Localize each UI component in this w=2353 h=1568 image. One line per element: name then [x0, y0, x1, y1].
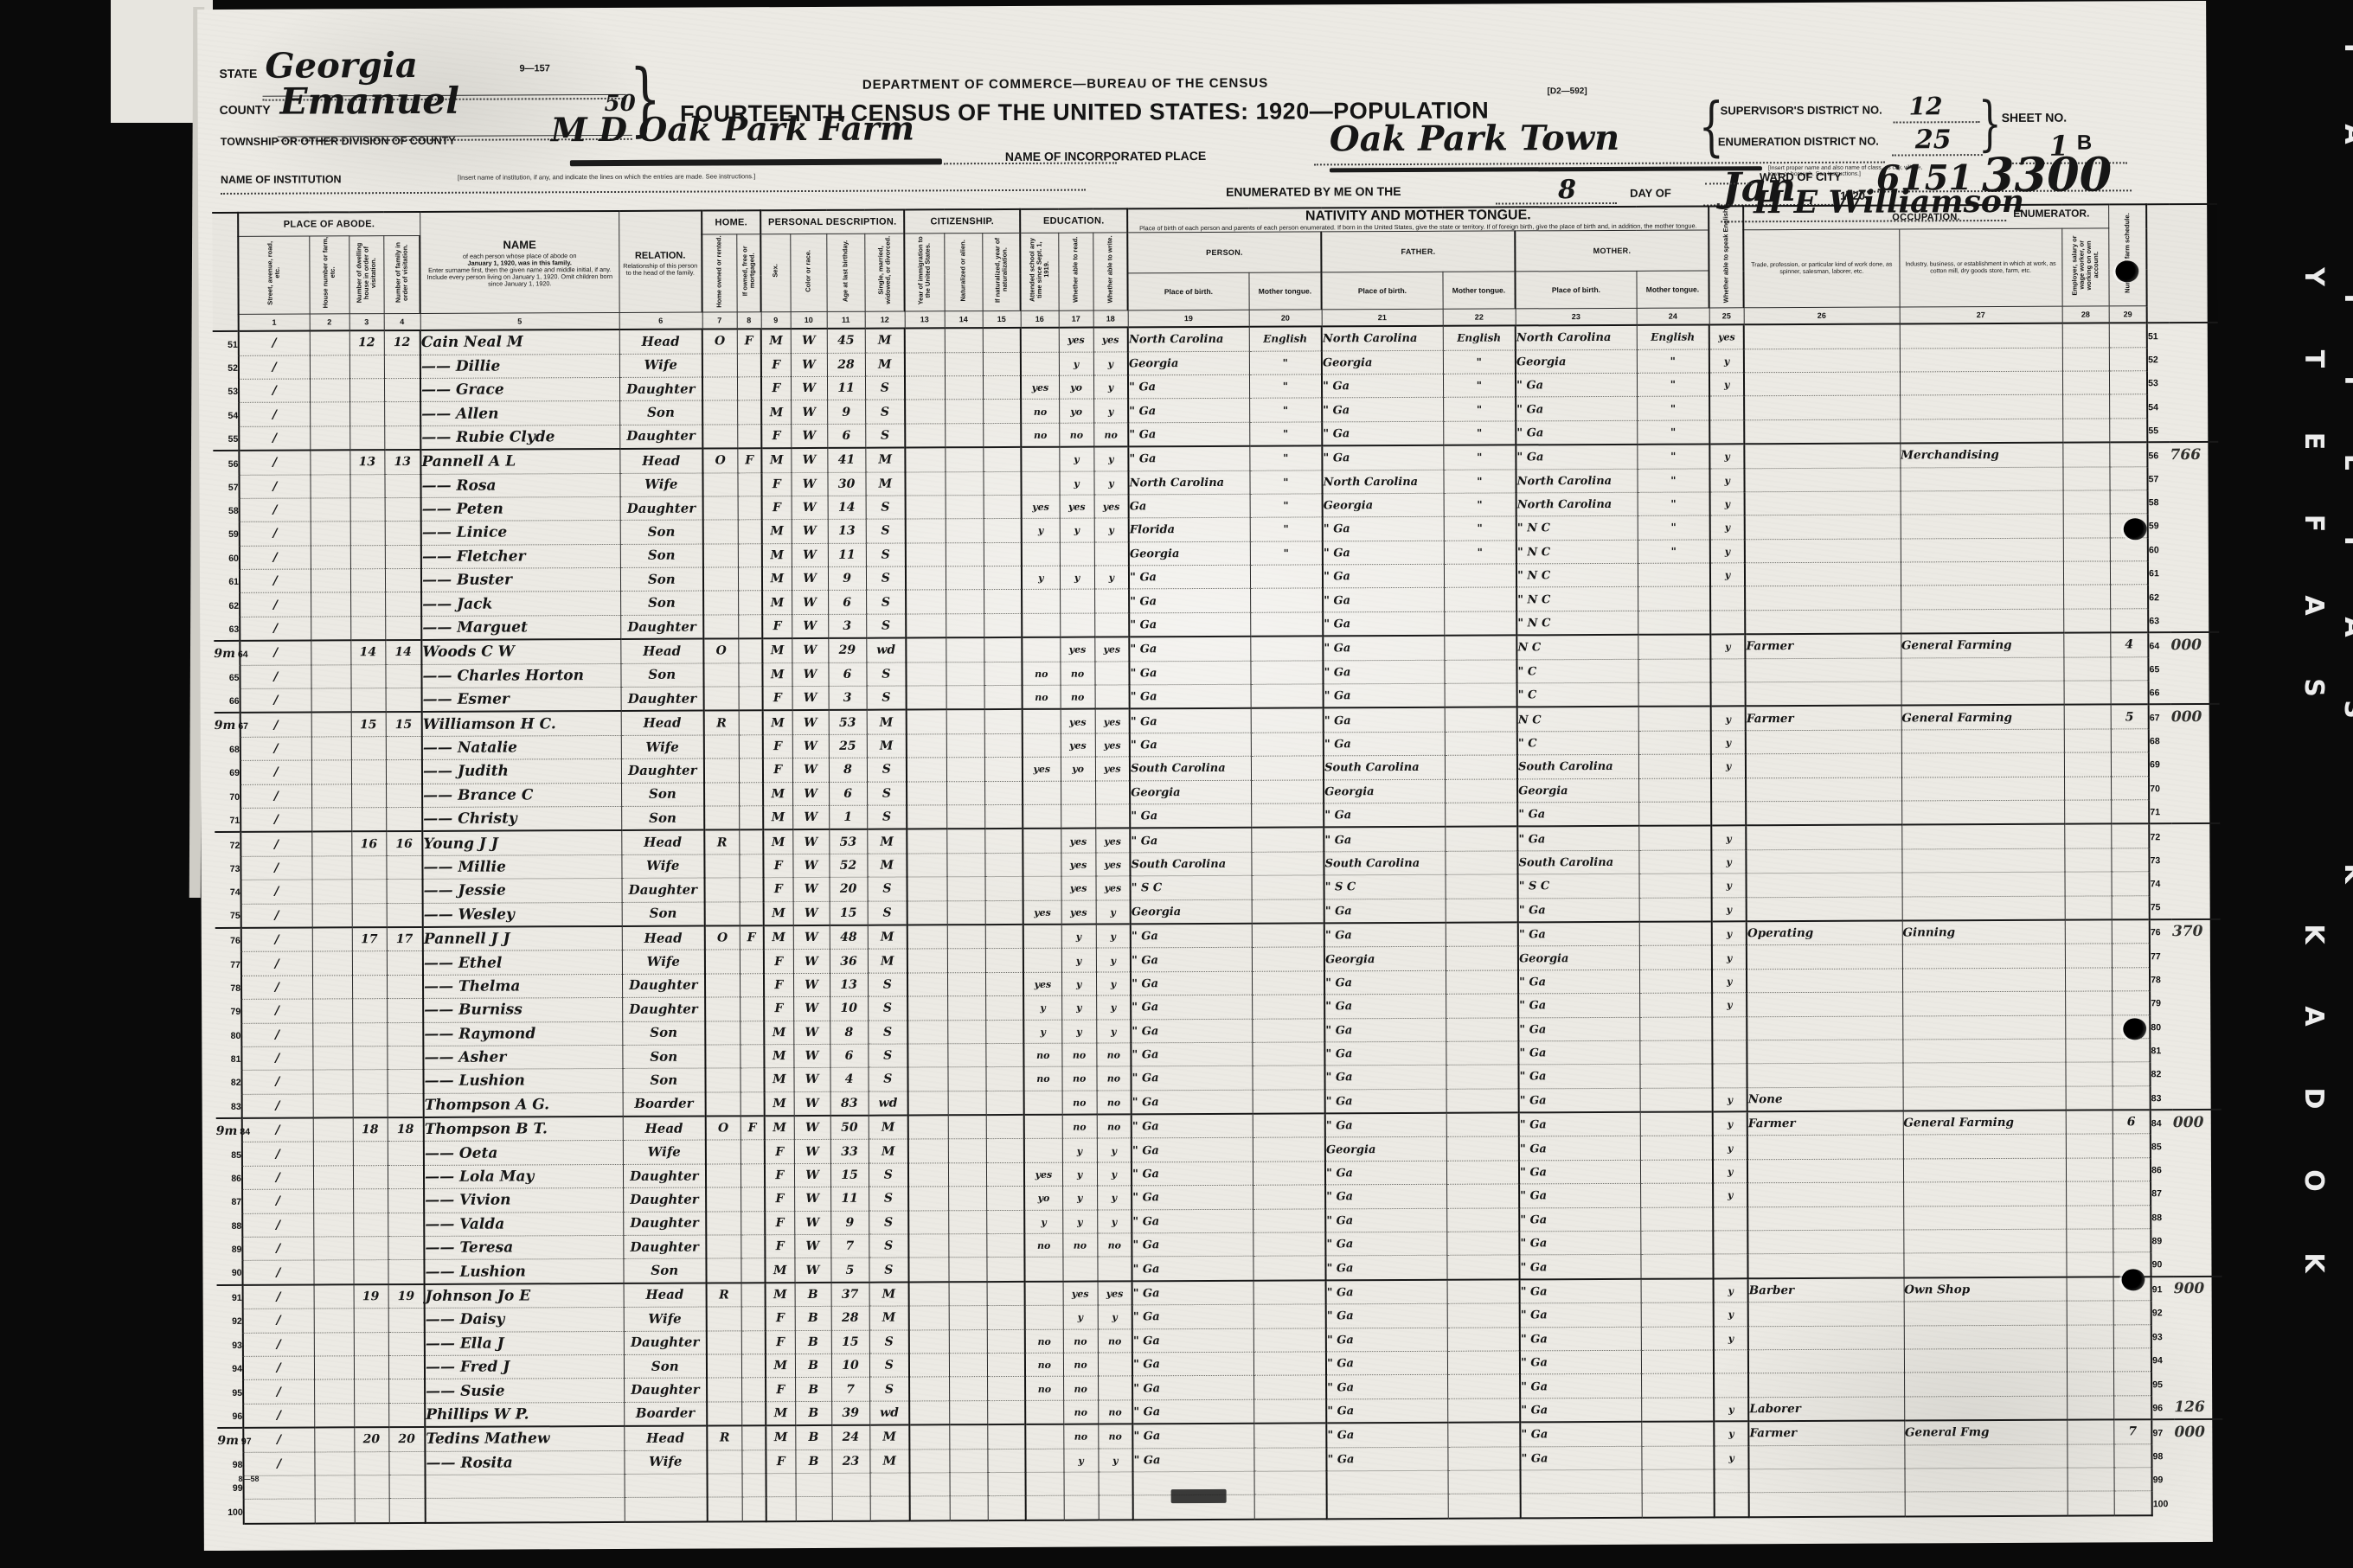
- industry: [1904, 1301, 2067, 1325]
- able-to-read: [1060, 590, 1094, 614]
- speaks-english-label: Whether able to speak English.: [1722, 208, 1730, 304]
- birthplace-father: South Carolina: [1324, 755, 1445, 779]
- relation: Head: [619, 449, 702, 473]
- age: 1: [829, 805, 867, 829]
- row-number-right: 71: [2149, 800, 2171, 824]
- race: [796, 1473, 832, 1497]
- birthplace-mother: " Ga: [1519, 1088, 1640, 1113]
- tick-mark: /: [243, 1284, 314, 1309]
- occupation: [1747, 1063, 1903, 1087]
- attended-school: no: [1025, 1377, 1063, 1401]
- margin-annotation: [2172, 1014, 2221, 1039]
- name: —— Lushion: [424, 1259, 623, 1284]
- able-to-write: no: [1096, 1043, 1131, 1067]
- name: Thompson B T.: [424, 1117, 623, 1142]
- race: W: [794, 1234, 830, 1258]
- age: 8: [830, 1021, 868, 1045]
- institution-note: [Insert name of institution, if any, and…: [458, 171, 942, 181]
- group-mother: MOTHER.: [1515, 230, 1709, 272]
- tongue-father: [1447, 1327, 1520, 1351]
- sex: F: [763, 734, 792, 758]
- immigration-year: [905, 376, 945, 400]
- margin-annotation: [2173, 1205, 2222, 1229]
- speaks-english: y: [1711, 707, 1746, 731]
- column-number: 28: [2062, 306, 2109, 323]
- tongue-mother: [1638, 707, 1711, 731]
- tongue-father: [1446, 874, 1518, 899]
- naturalization-year: [985, 972, 1023, 996]
- naturalization-year: [987, 1282, 1025, 1306]
- able-to-read: no: [1062, 1091, 1097, 1115]
- margin-annotation: 000: [2171, 704, 2220, 728]
- relation: Daughter: [619, 425, 702, 449]
- speaks-english: [1713, 1064, 1747, 1088]
- birthplace-person: " Ga: [1131, 995, 1252, 1019]
- immigration-year: [907, 686, 946, 710]
- row-number-left: 61: [214, 569, 240, 593]
- birthplace-father: " Ga: [1325, 1113, 1446, 1138]
- tongue-person: English: [1249, 327, 1322, 351]
- able-to-write: y: [1094, 470, 1129, 495]
- naturalized: [948, 1258, 986, 1282]
- sex: F: [762, 614, 792, 638]
- industry: [1902, 991, 2065, 1015]
- margin-annotation: [2170, 585, 2219, 609]
- house-number: [311, 641, 350, 665]
- col-naturalization-year: If naturalized, year of naturalization.: [982, 234, 1020, 311]
- naturalized: [946, 781, 984, 805]
- occupation: [1747, 849, 1902, 874]
- naturalization-year: [984, 519, 1022, 543]
- age: 14: [828, 496, 866, 520]
- marital-status: S: [866, 519, 906, 543]
- department-line: DEPARTMENT OF COMMERCE—BUREAU OF THE CEN…: [671, 75, 1459, 93]
- family-number: [384, 402, 420, 426]
- margin-annotation: [2170, 418, 2218, 442]
- birthplace-father: Georgia: [1323, 493, 1444, 517]
- column-number: 13: [905, 311, 945, 329]
- attended-school: [1021, 352, 1059, 376]
- age: 7: [830, 1234, 869, 1258]
- birthplace-father: " Ga: [1325, 1185, 1446, 1209]
- family-number: [389, 1499, 426, 1523]
- naturalized-label: Naturalized or alien.: [959, 240, 967, 301]
- naturalization-year: [985, 949, 1023, 973]
- form-number: 9—157: [519, 63, 550, 74]
- family-number: [388, 1236, 424, 1260]
- dwelling-number: [353, 1213, 388, 1237]
- occupation: [1746, 658, 1901, 682]
- able-to-read: [1064, 1495, 1099, 1520]
- speaks-english: [1713, 1231, 1747, 1255]
- name: —— Ella J: [425, 1331, 624, 1355]
- birthplace-father: " Ga: [1323, 517, 1444, 541]
- farm-schedule: [2113, 1181, 2151, 1206]
- tongue-person: [1250, 588, 1323, 612]
- birthplace-mother: " Ga: [1520, 1302, 1641, 1327]
- farm-schedule: [2111, 729, 2149, 753]
- naturalized: [946, 590, 984, 614]
- birthplace-mother: Georgia: [1518, 946, 1639, 970]
- name: Woods C W: [421, 639, 620, 664]
- margin-annotation: [2172, 944, 2221, 968]
- row-number-right: 66: [2149, 681, 2171, 705]
- able-to-write: y: [1097, 1186, 1132, 1210]
- home-owned: [704, 782, 739, 806]
- tongue-father: [1446, 946, 1518, 970]
- house-number: [310, 474, 349, 498]
- speaks-english: y: [1710, 635, 1745, 659]
- marital-status: [870, 1496, 910, 1520]
- name: —— Esmer: [422, 687, 621, 712]
- tongue-person: [1250, 612, 1323, 637]
- margin-annotation: [2170, 370, 2218, 394]
- occupation: [1748, 1349, 1904, 1373]
- tongue-father: ": [1443, 445, 1516, 470]
- home-owned: [704, 854, 739, 879]
- occupation-label: Trade, profession, or particular kind of…: [1745, 261, 1900, 275]
- tick-mark: /: [240, 641, 311, 665]
- attended-school: [1022, 590, 1060, 614]
- birthplace-mother: North Carolina: [1516, 492, 1638, 516]
- able-to-write: no: [1097, 1114, 1132, 1138]
- employer-class: [2063, 490, 2110, 515]
- race: W: [792, 854, 829, 878]
- home-owned: [706, 1140, 741, 1164]
- birthplace-father: " Ga: [1324, 707, 1445, 733]
- row-number-right: 70: [2149, 776, 2171, 800]
- employer-class: [2062, 394, 2109, 419]
- dwelling-number: [352, 1046, 387, 1071]
- row-number-right: 54: [2147, 394, 2170, 419]
- col-sex: Sex.: [760, 234, 790, 312]
- row-number-right: 58: [2148, 490, 2170, 515]
- birthplace-mother: " Ga: [1520, 1374, 1641, 1398]
- col-owned: Home owned or rented.: [702, 234, 736, 312]
- relation: Daughter: [621, 758, 704, 783]
- row-number-right: 72: [2149, 824, 2171, 848]
- industry: [1901, 681, 2064, 706]
- column-number: 29: [2109, 306, 2147, 323]
- family-number: [385, 522, 421, 546]
- sex: F: [765, 1211, 794, 1235]
- tongue-person: [1250, 565, 1323, 589]
- marital-status: S: [869, 1067, 908, 1091]
- row-number-right: 91: [2151, 1277, 2174, 1301]
- tongue-father: [1446, 1161, 1519, 1185]
- race: B: [795, 1425, 831, 1450]
- immigration-year: [908, 1163, 948, 1187]
- tick-mark: /: [240, 832, 311, 856]
- birthplace-person: South Carolina: [1131, 852, 1252, 876]
- speaks-english: y: [1712, 969, 1747, 993]
- family-number: [388, 1142, 424, 1166]
- birthplace-mother: " Ga: [1520, 1327, 1641, 1351]
- immigration-year: [907, 710, 946, 734]
- row-number-left: 82: [215, 1071, 241, 1095]
- relation: Son: [619, 400, 702, 425]
- birthplace-father: " Ga: [1323, 541, 1444, 565]
- doc-code: [D2—592]: [1548, 86, 1587, 96]
- birthplace-person: " Ga: [1129, 637, 1250, 662]
- home-mortgage: [741, 1425, 766, 1450]
- home-owned: [707, 1330, 741, 1354]
- naturalization-year: [984, 637, 1022, 662]
- tongue-mother: [1641, 1278, 1714, 1302]
- occupation: [1747, 992, 1902, 1016]
- sheet-label: SHEET NO.: [2002, 111, 2068, 125]
- farm-schedule: [2113, 1348, 2151, 1373]
- tongue-father: [1447, 1423, 1520, 1447]
- margin-annotation: [2172, 895, 2221, 919]
- industry-label: Industry, business, or establishment in …: [1900, 261, 2061, 275]
- birthplace-mother: N C: [1517, 707, 1638, 732]
- able-to-write: no: [1098, 1400, 1132, 1424]
- industry: [1901, 824, 2064, 849]
- tongue-person: [1254, 1494, 1327, 1519]
- relation: Son: [622, 1021, 705, 1046]
- industry: [1900, 419, 2062, 444]
- row-number-left: 92: [217, 1309, 243, 1334]
- employer-class: [2067, 1277, 2113, 1301]
- race: W: [791, 424, 827, 448]
- dwelling-number: [351, 784, 386, 808]
- father-tongue-label: Mother tongue.: [1443, 272, 1516, 309]
- relation: Son: [620, 663, 703, 688]
- speaks-english: y: [1715, 1445, 1749, 1469]
- naturalization-year: [984, 853, 1023, 877]
- home-mortgage: [739, 711, 763, 735]
- speaks-english: [1714, 1373, 1748, 1398]
- dwelling-number: [349, 379, 384, 403]
- tongue-mother: ": [1638, 515, 1710, 540]
- marital-status: M: [866, 472, 906, 496]
- family-number: [385, 592, 421, 617]
- farm-schedule: [2110, 609, 2148, 633]
- dwelling-number: 19: [354, 1284, 388, 1309]
- naturalization-year: [987, 1329, 1025, 1354]
- immigration-year: [909, 1354, 949, 1378]
- attended-school: [1023, 876, 1061, 900]
- tongue-person: [1253, 1066, 1325, 1090]
- farm-schedule: [2113, 1085, 2151, 1110]
- speaks-english: yes: [1709, 324, 1744, 349]
- race: W: [793, 878, 830, 902]
- tongue-mother: [1641, 1350, 1714, 1374]
- name: [426, 1498, 625, 1523]
- home-owned: [705, 950, 740, 974]
- tongue-person: [1253, 1280, 1326, 1304]
- occupation: [1747, 897, 1902, 922]
- home-owned: [708, 1497, 742, 1521]
- col-mortgage: If owned, free or mortgaged.: [736, 234, 760, 312]
- name: —— Rosita: [425, 1450, 624, 1475]
- naturalized: [949, 1400, 987, 1424]
- film-letter: F: [2294, 506, 2329, 541]
- naturalized: [947, 1020, 985, 1044]
- row-number-left: 75: [215, 904, 241, 928]
- row-number-left: 62: [214, 593, 240, 618]
- row-number-right: 60: [2148, 537, 2170, 561]
- farm-schedule: [2112, 848, 2150, 873]
- birthplace-father: " Ga: [1326, 1398, 1447, 1424]
- tongue-father: ": [1443, 374, 1516, 398]
- name: —— Buster: [421, 568, 620, 592]
- house-number: [312, 951, 352, 976]
- birthplace-father: " Ga: [1325, 1161, 1446, 1185]
- industry: [1901, 514, 2063, 538]
- row-number-left: 66: [215, 688, 240, 713]
- row-number-right: 78: [2150, 967, 2172, 991]
- able-to-write: [1098, 1257, 1132, 1281]
- row-number-left: 58: [214, 498, 240, 522]
- family-number: [388, 1332, 425, 1356]
- race: W: [791, 376, 827, 400]
- tongue-person: ": [1249, 422, 1322, 446]
- employer-class: [2062, 443, 2109, 467]
- margin-annotation: [2174, 1301, 2222, 1325]
- col-employer: Employer, salary or wage worker, or work…: [2061, 228, 2108, 306]
- employer-class: [2065, 991, 2112, 1015]
- age: 8: [829, 758, 867, 782]
- birthplace-mother: " C: [1517, 659, 1638, 683]
- state-label: STATE: [219, 67, 257, 80]
- birthplace-mother: " Ga: [1517, 802, 1638, 827]
- farm-schedule: [2111, 824, 2149, 848]
- age: 28: [831, 1306, 869, 1330]
- tongue-mother: [1641, 1422, 1714, 1446]
- speaks-english: [1711, 778, 1746, 802]
- row-number-left: 94: [217, 1356, 243, 1380]
- employer-label: Employer, salary or wage worker, or work…: [2071, 229, 2100, 302]
- day-of-label: DAY OF: [1630, 187, 1671, 200]
- industry: [1904, 1373, 2067, 1397]
- write-label: Whether able to write.: [1106, 236, 1114, 304]
- home-owned: [704, 806, 739, 830]
- naturalization-year: [983, 352, 1021, 376]
- person-tongue-label: Mother tongue.: [1249, 272, 1322, 310]
- house-number: [315, 1499, 355, 1523]
- tongue-father: [1446, 1089, 1519, 1113]
- occupation: Farmer: [1747, 1111, 1903, 1136]
- tick-mark: [244, 1499, 315, 1523]
- occupation: [1747, 1206, 1903, 1231]
- able-to-read: [1060, 613, 1094, 637]
- column-number: 14: [945, 311, 983, 329]
- occupation: [1745, 515, 1901, 539]
- age: 24: [831, 1425, 869, 1450]
- age: 9: [827, 400, 865, 425]
- naturalization-year: [986, 1115, 1024, 1139]
- age: 48: [830, 925, 868, 950]
- farm-schedule: [2112, 967, 2150, 991]
- naturalized: [946, 662, 984, 686]
- farm-schedule: [2113, 1395, 2151, 1419]
- industry: [1901, 609, 2063, 634]
- industry: [1902, 896, 2065, 921]
- dwelling-number: 20: [354, 1427, 388, 1451]
- row-number-right: 97: [2151, 1419, 2174, 1443]
- relation: Boarder: [624, 1402, 707, 1426]
- tongue-person: ": [1249, 350, 1322, 374]
- name: —— Natalie: [422, 735, 621, 759]
- home-mortgage: [740, 973, 764, 997]
- house-number: [312, 880, 352, 904]
- name: Cain Neal M: [420, 330, 619, 355]
- row-number-right: 83: [2151, 1085, 2173, 1110]
- able-to-read: y: [1060, 566, 1094, 590]
- immigration-year: [906, 662, 946, 686]
- tongue-mother: [1640, 1064, 1713, 1088]
- tongue-father: ": [1444, 516, 1516, 541]
- immigration-year: [907, 1020, 947, 1044]
- employer-class: [2065, 872, 2112, 896]
- race: W: [794, 1163, 830, 1187]
- relation: Head: [621, 711, 704, 735]
- margin-annotation: [2171, 680, 2220, 704]
- margin-annotation: [2170, 394, 2218, 419]
- naturalization-year: [987, 1449, 1025, 1473]
- col-industry: Industry, business, or establishment in …: [1899, 228, 2061, 307]
- tick-mark: /: [239, 331, 310, 355]
- able-to-read: [1061, 804, 1095, 829]
- dwelling-number: [352, 951, 387, 976]
- naturalization-year: [983, 328, 1021, 352]
- relation: Son: [622, 902, 705, 926]
- farm-schedule: [2114, 1468, 2152, 1492]
- tongue-father: [1445, 827, 1517, 851]
- home-mortgage: [741, 1164, 765, 1188]
- employer-class: [2065, 968, 2112, 992]
- birthplace-person: " Ga: [1130, 733, 1251, 757]
- row-number-left: 93: [217, 1333, 243, 1357]
- marital-status: M: [868, 925, 907, 949]
- birthplace-mother: " C: [1517, 682, 1638, 707]
- marital-status: M: [869, 1139, 908, 1163]
- tongue-person: [1254, 1471, 1327, 1495]
- age: 5: [830, 1258, 869, 1283]
- immigration-year: [908, 1091, 948, 1115]
- farm-schedule: [2110, 537, 2148, 561]
- marital-status: S: [869, 1163, 908, 1187]
- immigration-year: [907, 805, 946, 829]
- birthplace-mother: " Ga: [1516, 445, 1637, 470]
- census-sheet: STATE Georgia COUNTY Emanuel } 9—157 TOW…: [197, 1, 2213, 1551]
- able-to-read: [1061, 781, 1095, 805]
- naturalization-year: [984, 709, 1023, 733]
- margin-annotation: [2172, 990, 2221, 1014]
- speaks-english: y: [1714, 1421, 1748, 1445]
- home-mortgage: [742, 1497, 766, 1521]
- enum-district-value: 25: [1915, 125, 1952, 155]
- birthplace-mother: " S C: [1518, 874, 1639, 898]
- tongue-person: ": [1250, 517, 1323, 541]
- home-mortgage: [741, 1378, 766, 1402]
- occupation: [1746, 730, 1901, 754]
- birthplace-person: " Ga: [1132, 1328, 1253, 1353]
- margin-annotation: 000: [2170, 632, 2219, 656]
- tongue-father: [1446, 1208, 1519, 1232]
- column-number: 22: [1443, 309, 1516, 326]
- age: 9: [828, 566, 866, 591]
- able-to-write: no: [1097, 1091, 1132, 1115]
- birthplace-person: " Ga: [1132, 1209, 1253, 1233]
- employer-class: [2068, 1491, 2114, 1515]
- industry: [1905, 1468, 2068, 1492]
- speaks-english: y: [1714, 1326, 1748, 1350]
- home-mortgage: [737, 424, 761, 448]
- speaks-english: y: [1712, 897, 1747, 921]
